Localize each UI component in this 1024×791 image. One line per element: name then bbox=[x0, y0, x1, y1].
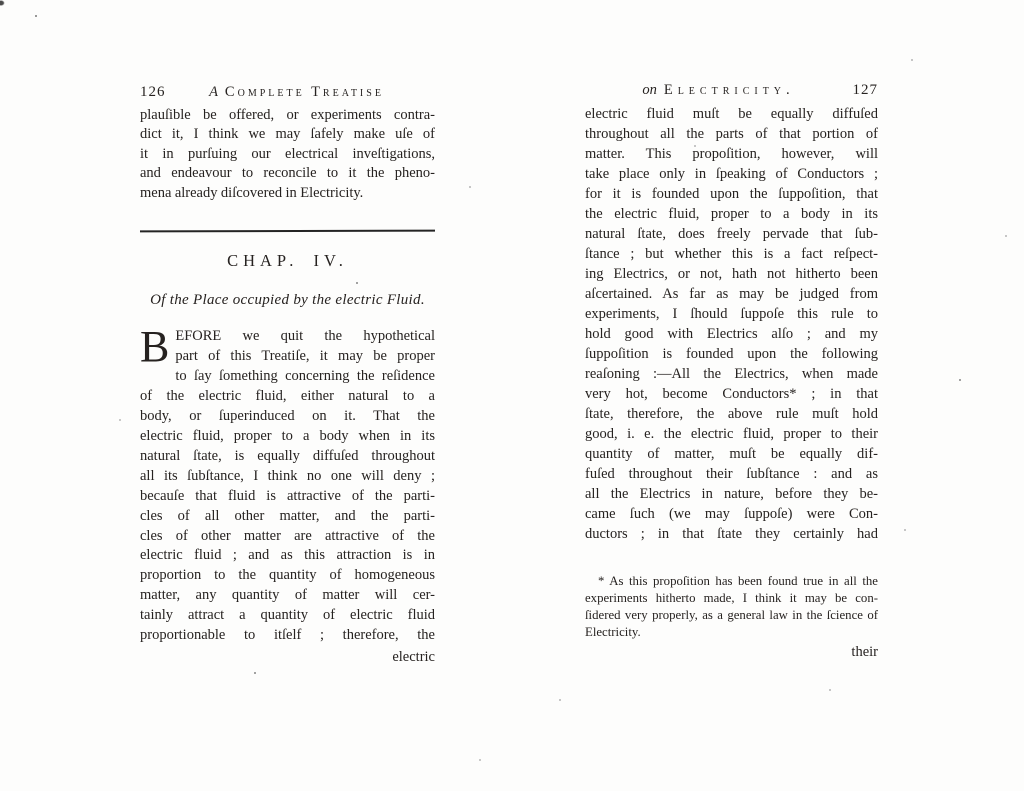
right-page: onElectricity. 127 electric fluid muſt b… bbox=[585, 82, 878, 661]
text-line: hold good with Electrics alſo ; and my bbox=[585, 324, 878, 344]
footnote: * As this propoſition has been found tru… bbox=[585, 573, 878, 642]
right-catchword: their bbox=[585, 644, 878, 661]
text-line: tainly attract a quantity of electric fl… bbox=[140, 606, 435, 626]
paragraph-continuation: plauſible be offered, or experiments con… bbox=[140, 106, 435, 204]
text-line: of the electric fluid, either natural to… bbox=[140, 387, 435, 407]
text-line: it in purſuing our electrical inveſtigat… bbox=[140, 145, 435, 165]
text-line: ing Electrics, or not, hath not hitherto… bbox=[585, 264, 878, 284]
text-line: matter. This propoſition, however, will bbox=[585, 144, 878, 164]
text-line: ſidered very properly, as a general law … bbox=[585, 607, 878, 624]
text-line: reaſoning :—All the Electrics, when made bbox=[585, 364, 878, 384]
text-line: experiments hitherto made, I think it ma… bbox=[585, 590, 878, 607]
text-line: becauſe that fluid is attractive of the … bbox=[140, 487, 435, 507]
text-line: ductors ; in that ſtate they certainly h… bbox=[585, 524, 878, 544]
text-line: ſuppoſition is founded upon the followin… bbox=[585, 344, 878, 364]
text-line: dict it, I think we may ſafely make uſe … bbox=[140, 125, 435, 145]
text-line: and endeavour to reconcile to it the phe… bbox=[140, 164, 435, 184]
text-line: body, or ſuperinduced on it. That the bbox=[140, 407, 435, 427]
left-page-header: 126 AComplete Treatise bbox=[140, 84, 435, 105]
running-title-text: Electricity. bbox=[664, 82, 795, 98]
text-line: electric fluid, proper to a body when in… bbox=[140, 427, 435, 447]
text-line: for it is founded upon the ſuppoſition, … bbox=[585, 184, 878, 204]
left-page: 126 AComplete Treatise plauſible be offe… bbox=[140, 84, 435, 666]
text-line: electric fluid ; and as this attraction … bbox=[140, 546, 435, 566]
text-line: good, i. e. the electric fluid, proper t… bbox=[585, 424, 878, 444]
text-line: experiments, I ſhould ſuppoſe this rule … bbox=[585, 304, 878, 324]
text-line: mena already diſcovered in Electricity. bbox=[140, 184, 435, 204]
text-line: proportion to the quantity of homogeneou… bbox=[140, 566, 435, 586]
text-line: very hot, become Conductors* ; in that bbox=[585, 384, 878, 404]
text-line: quantity of matter, muſt be equally dif- bbox=[585, 444, 878, 464]
book-scan: 126 AComplete Treatise plauſible be offe… bbox=[0, 0, 1024, 791]
text-line: proportionable to itſelf ; therefore, th… bbox=[140, 626, 435, 646]
text-line: cles of all other matter, and the parti- bbox=[140, 507, 435, 527]
text-line: part of this Treatiſe, it may be proper bbox=[140, 347, 435, 367]
text-line: aſcertained. As far as may be judged fro… bbox=[585, 284, 878, 304]
right-page-number: 127 bbox=[853, 82, 879, 99]
running-title-text: Complete Treatise bbox=[225, 84, 384, 100]
text-line: * As this propoſition has been found tru… bbox=[585, 573, 878, 590]
text-line: fuſed throughout their ſubſtance : and a… bbox=[585, 464, 878, 484]
text-line: came ſuch (we may ſuppoſe) were Con- bbox=[585, 504, 878, 524]
text-line: plauſible be offered, or experiments con… bbox=[140, 106, 435, 126]
text-line: all the Electrics in nature, before they… bbox=[585, 484, 878, 504]
chapter-subtitle: Of the Place occupied by the electric Fl… bbox=[140, 292, 435, 309]
chapter-heading: CHAP. IV. bbox=[140, 251, 435, 271]
text-line: cles of other matter are attractive of t… bbox=[140, 527, 435, 547]
text-line: to ſay ſomething concerning the reſidenc… bbox=[140, 367, 435, 387]
text-line: electric fluid muſt be equally diffuſed bbox=[585, 104, 878, 124]
text-line: Electricity. bbox=[585, 624, 878, 641]
text-line: ſtance ; but whether this is a fact reſp… bbox=[585, 244, 878, 264]
left-page-number: 126 bbox=[140, 84, 166, 101]
text-line: throughout all the parts of that portion… bbox=[585, 124, 878, 144]
left-catchword: electric bbox=[140, 649, 435, 666]
left-running-title: AComplete Treatise bbox=[209, 84, 384, 100]
chapter-paragraph-lines: EFORE we quit the hypotheticalpart of th… bbox=[140, 327, 435, 646]
running-title-article: A bbox=[209, 84, 218, 100]
right-page-header: onElectricity. 127 bbox=[585, 82, 878, 103]
text-line: matter, any quantity of matter will cer- bbox=[140, 586, 435, 606]
right-running-title: onElectricity. bbox=[642, 82, 794, 98]
text-line: natural ſtate, is equally diffuſed throu… bbox=[140, 447, 435, 467]
text-line: ſtate, therefore, the above rule muſt ho… bbox=[585, 404, 878, 424]
drop-cap-letter: B bbox=[140, 329, 169, 367]
section-divider-rule bbox=[140, 230, 435, 233]
text-line: all its ſubſtance, I think no one will d… bbox=[140, 467, 435, 487]
running-title-preposition: on bbox=[642, 82, 657, 98]
chapter-opening-paragraph: B EFORE we quit the hypotheticalpart of … bbox=[140, 327, 435, 646]
text-line: the electric fluid, proper to a body in … bbox=[585, 204, 878, 224]
text-line: take place only in ſpeaking of Conductor… bbox=[585, 164, 878, 184]
body-paragraph-lines: electric fluid muſt be equally diffuſedt… bbox=[585, 104, 878, 544]
text-line: natural ſtate, does freely pervade that … bbox=[585, 224, 878, 244]
text-line: EFORE we quit the hypothetical bbox=[140, 327, 435, 347]
